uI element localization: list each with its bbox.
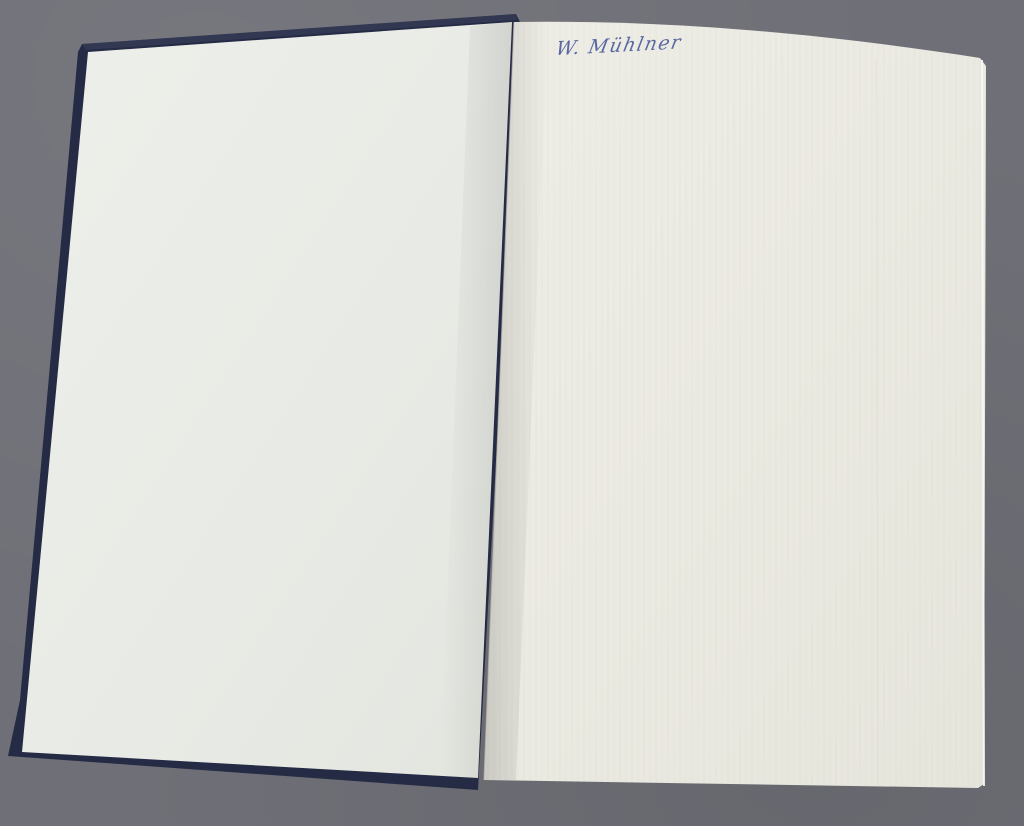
tabletop-surface: W. Mühlner <box>0 0 1024 826</box>
right-endpaper <box>0 0 1024 826</box>
